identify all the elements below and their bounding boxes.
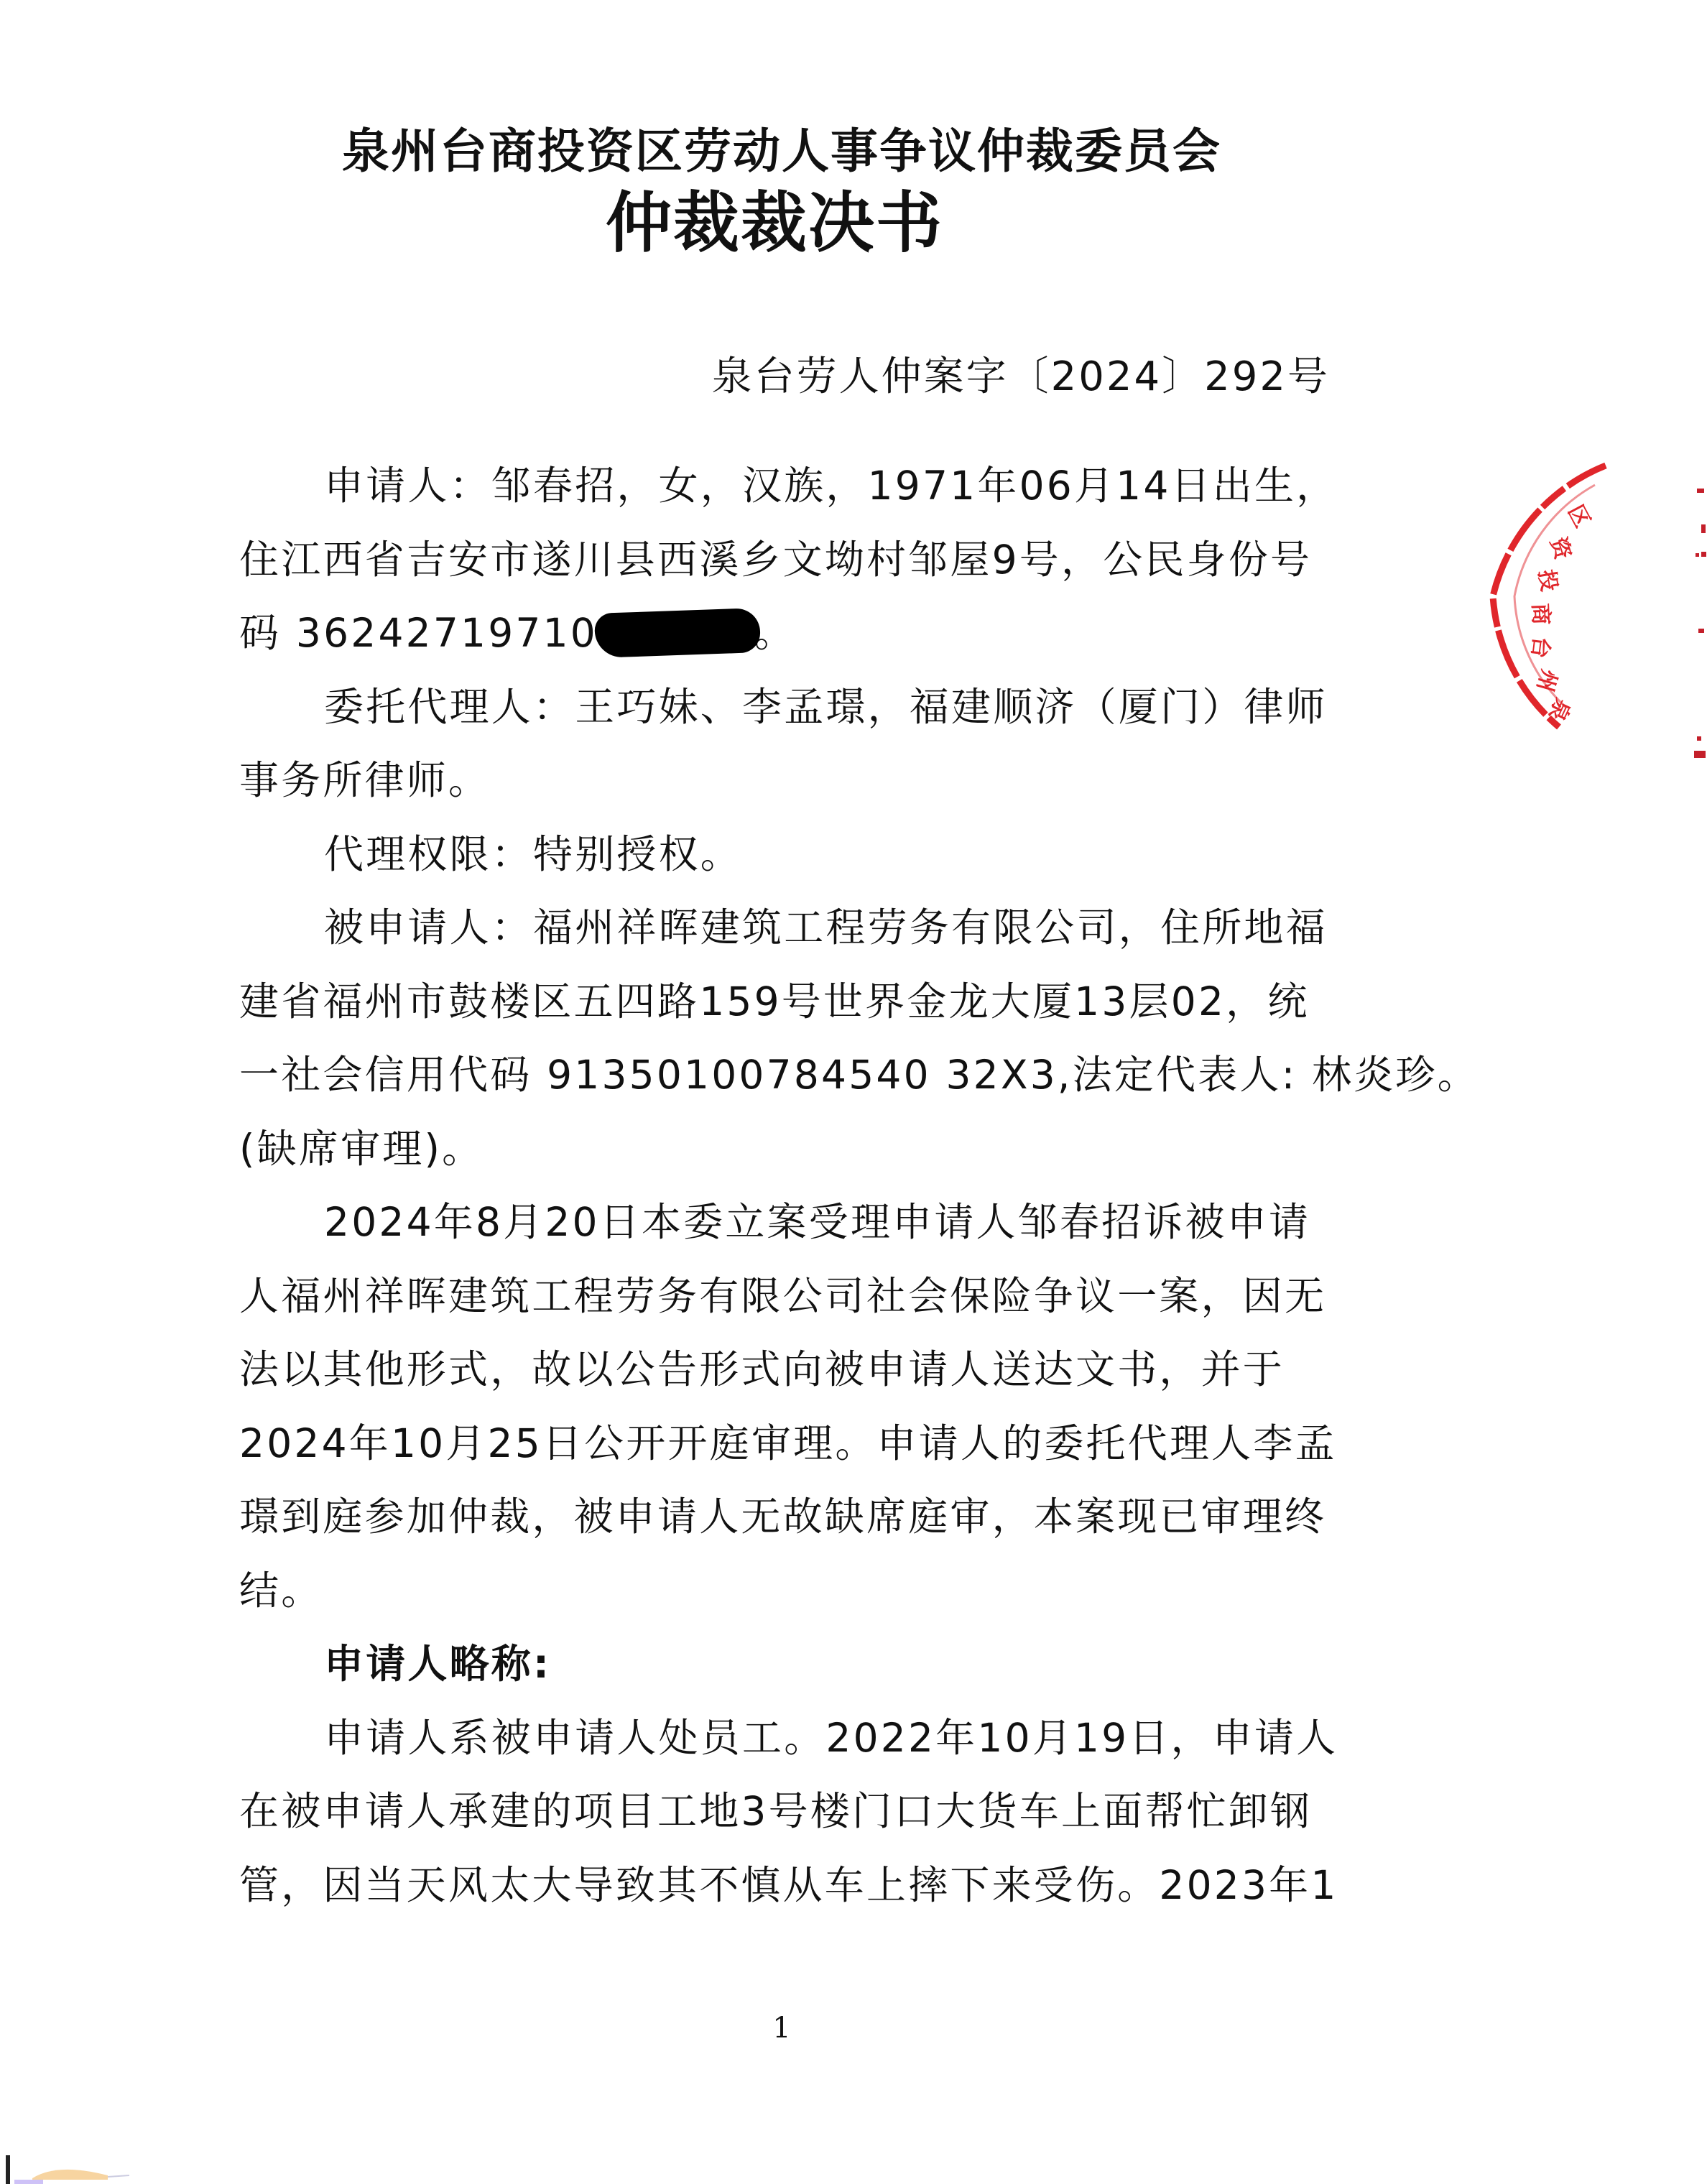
svg-text:商: 商 (1527, 603, 1553, 625)
svg-text:台: 台 (1526, 635, 1553, 660)
applicant-line-1: 申请人：邹春招，女，汉族，1971年06月14日出生， (239, 449, 1335, 523)
document-page: 泉州台商投资区劳动人事争议仲裁委员会 仲裁裁决书 泉台劳人仲案字〔2024〕29… (0, 0, 1707, 2184)
scan-artifact-icon (0, 2155, 129, 2184)
procedure-line-3: 法以其他形式，故以公告形式向被申请人送达文书，并于 (239, 1333, 1335, 1407)
respondent-line-3: 一社会信用代码 91350100784540 32X3,法定代表人: 林炎珍。 (239, 1038, 1335, 1112)
document-type-title: 仲裁裁决书 (0, 183, 1628, 262)
claims-line-1: 申请人系被申请人处员工。2022年10月19日，申请人 (239, 1701, 1335, 1775)
case-number: 泉台劳人仲案字〔2024〕292号 (712, 352, 1330, 402)
issuer-title: 泉州台商投资区劳动人事争议仲裁委员会 (0, 121, 1635, 181)
page-number: 1 (0, 2012, 1635, 2045)
seal-fragment-icon (1681, 474, 1707, 762)
procedure-line-6: 结。 (239, 1554, 1335, 1628)
procedure-line-5: 璟到庭参加仲裁，被申请人无故缺席庭审，本案现已审理终 (239, 1480, 1335, 1554)
procedure-line-4: 2024年10月25日公开开庭审理。申请人的委托代理人李孟 (239, 1407, 1335, 1481)
claims-line-2: 在被申请人承建的项目工地3号楼门口大货车上面帮忙卸钢 (239, 1774, 1335, 1848)
official-seal-icon: 区 资 投 商 台 州 泉 (1487, 460, 1609, 733)
claims-line-3: 管，因当天风太大导致其不慎从车上摔下来受伤。2023年1 (239, 1848, 1335, 1922)
id-number-end: 。 (754, 610, 796, 656)
document-body: 申请人：邹春招，女，汉族，1971年06月14日出生， 住江西省吉安市遂川县西溪… (239, 449, 1335, 1922)
respondent-line-4: (缺席审理)。 (239, 1112, 1335, 1186)
procedure-line-1: 2024年8月20日本委立案受理申请人邹春招诉被申请 (239, 1185, 1335, 1259)
applicant-line-2: 住江西省吉安市遂川县西溪乡文坳村邹屋9号，公民身份号 (239, 523, 1335, 597)
claims-heading: 申请人略称: (239, 1627, 1335, 1701)
authority-line: 代理权限：特别授权。 (239, 818, 1335, 892)
svg-text:资: 资 (1545, 535, 1576, 563)
agent-line-1: 委托代理人：王巧妹、李孟璟，福建顺济（厦门）律师 (239, 670, 1335, 744)
redaction-mark (594, 608, 761, 658)
respondent-line-1: 被申请人：福州祥晖建筑工程劳务有限公司，住所地福 (239, 891, 1335, 965)
procedure-line-2: 人福州祥晖建筑工程劳务有限公司社会保险争议一案，因无 (239, 1259, 1335, 1333)
agent-line-2: 事务所律师。 (239, 744, 1335, 818)
svg-text:投: 投 (1533, 568, 1562, 593)
respondent-line-2: 建省福州市鼓楼区五四路159号世界金龙大厦13层02，统 (239, 965, 1335, 1039)
id-number-visible: 码 36242719710 (239, 610, 598, 656)
applicant-line-3: 码 36242719710。 (239, 596, 1335, 670)
svg-text:区: 区 (1563, 501, 1595, 532)
